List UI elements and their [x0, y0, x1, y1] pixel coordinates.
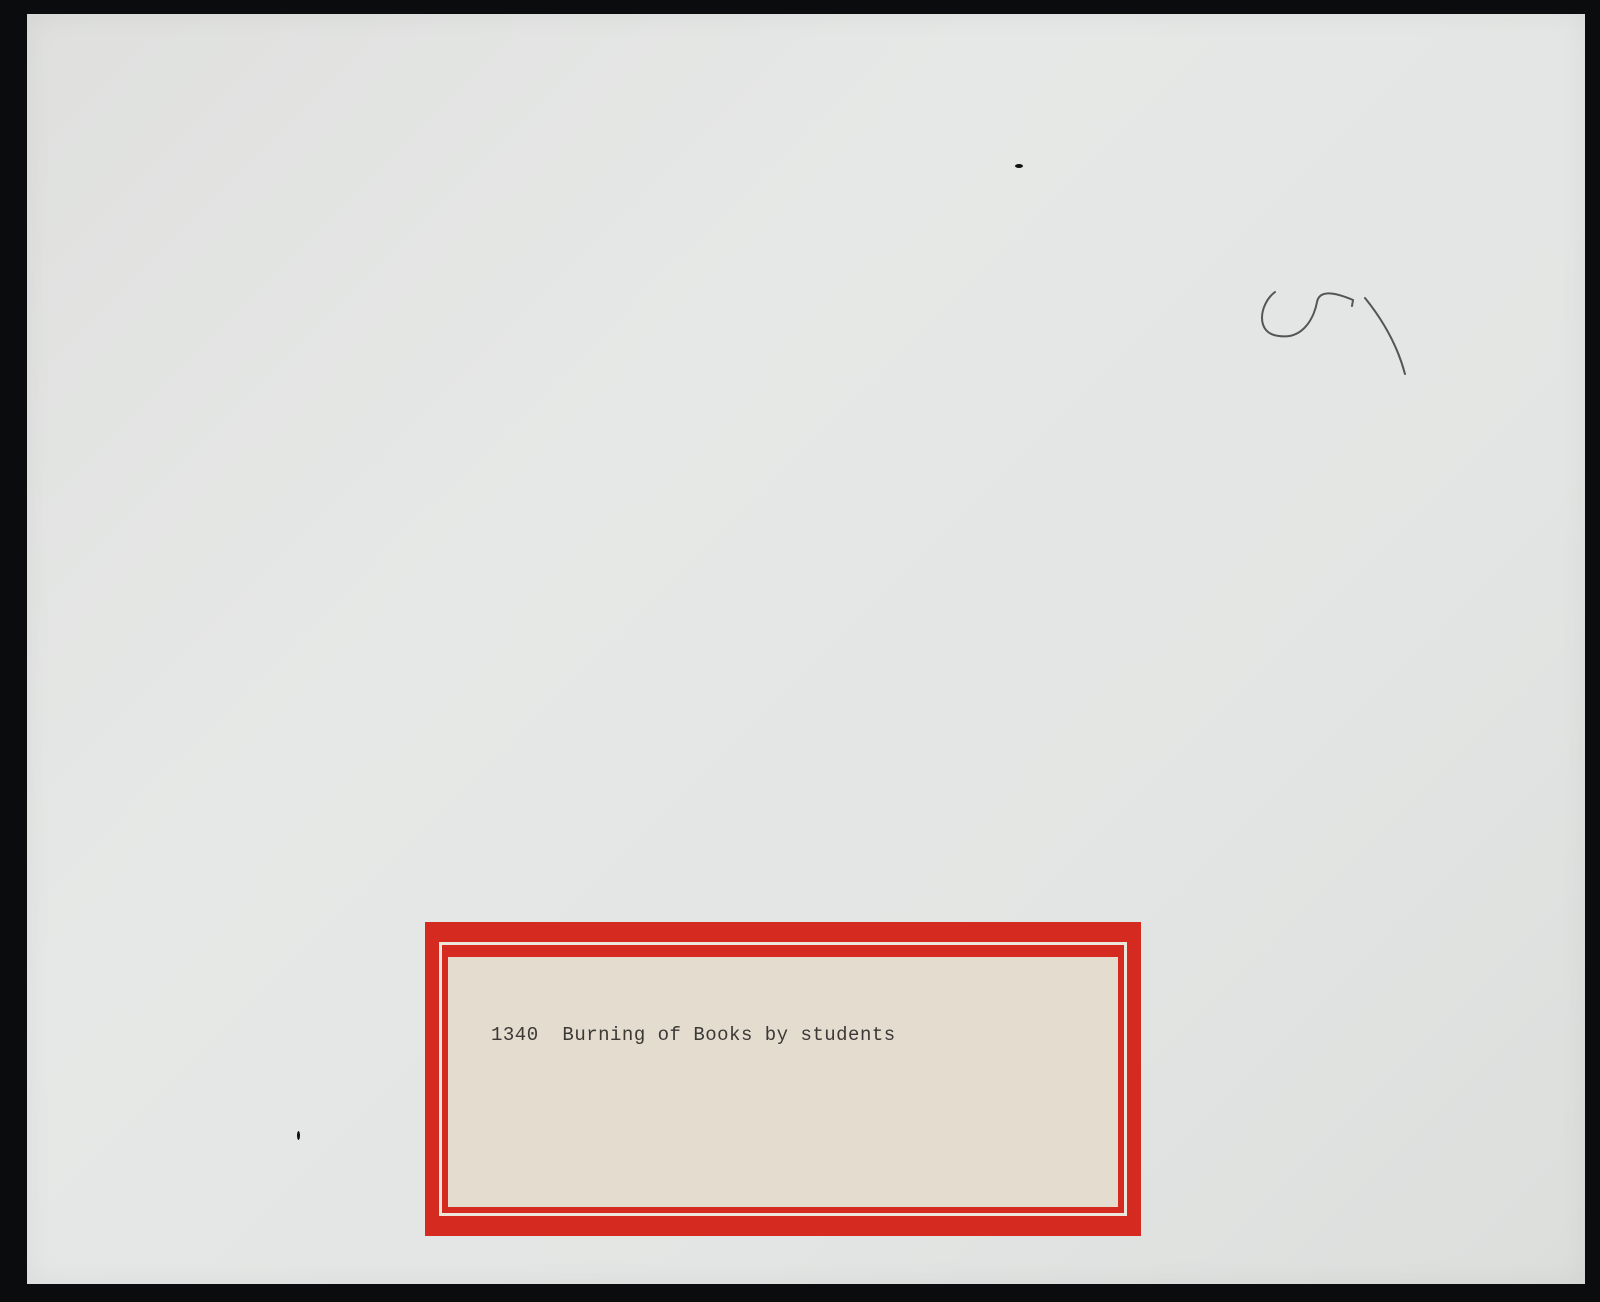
handwritten-number-annotation	[1257, 284, 1437, 394]
label-caption: 1340 Burning of Books by students	[491, 1024, 896, 1046]
photo-back-paper: 1340 Burning of Books by students	[27, 14, 1585, 1284]
label-card	[448, 951, 1118, 1207]
catalog-label: 1340 Burning of Books by students	[425, 922, 1141, 1236]
speck-mark	[297, 1131, 300, 1140]
speck-mark	[1015, 164, 1023, 168]
